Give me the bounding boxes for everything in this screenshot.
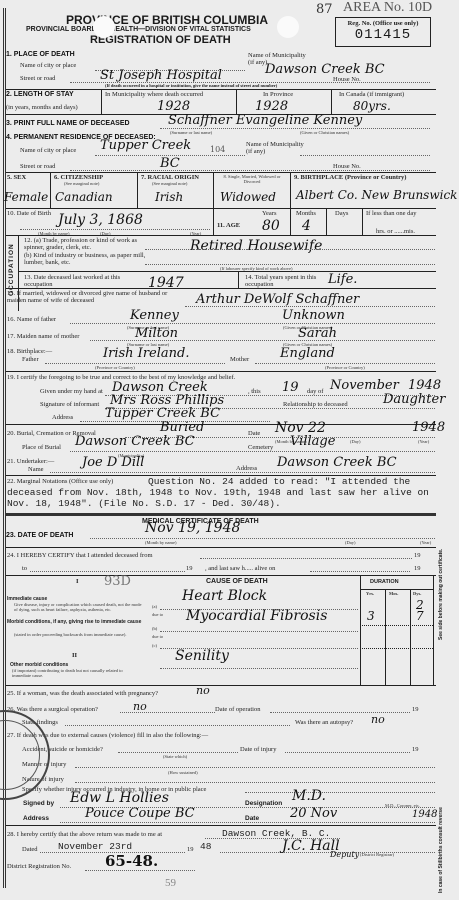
undertaker-address-value: Dawson Creek BC <box>277 455 397 470</box>
undertaker-name-label: Name <box>28 466 44 473</box>
full-name-label: 3. PRINT FULL NAME OF DECEASED <box>6 120 130 127</box>
side-note-bottom: In case of Stillbirths consult reverse <box>438 807 444 893</box>
given-name-hint: (Given or Christian names) <box>300 130 349 135</box>
section-one-label: I <box>76 578 79 585</box>
col-province: In Province <box>263 91 293 98</box>
pencil-note: 104 <box>210 145 225 154</box>
father-bp-value: Irish Ireland. <box>103 346 189 361</box>
registrar-year-value: 48 <box>200 841 211 852</box>
date-of-death-value: Nov 19, 1948 <box>145 520 240 536</box>
undertaker-value: Joe D Dill <box>82 455 144 470</box>
place-street-value: St Joseph Hospital <box>100 68 222 83</box>
residence-street-label: Street or road <box>20 163 55 170</box>
mother-surname-value: Milton <box>135 326 178 341</box>
reg-no-value: 011415 <box>336 27 430 43</box>
cause-a-value: Heart Block <box>182 588 267 604</box>
father-bp-hint: (Province or Country) <box>95 365 135 370</box>
q25-label: 25. If a woman, was the death associated… <box>7 690 158 697</box>
cemetery-value: Village <box>290 434 335 449</box>
mother-bp-hint: (Province or Country) <box>325 365 365 370</box>
burial-place-value: Dawson Creek BC <box>75 434 195 449</box>
death-registration-document: 87 AREA No. 10D PROVINCE OF BRITISH COLU… <box>0 0 459 900</box>
last-worked-label: 13. Date deceased last worked at this oc… <box>24 274 124 288</box>
signer-address-value: Pouce Coupe BC <box>85 806 195 821</box>
city-label: Name of city or place <box>20 62 76 69</box>
age-months-value: 4 <box>302 218 311 234</box>
dod-day-hint: (Day) <box>345 540 356 545</box>
citizenship-hint: (See marginal note) <box>64 181 99 186</box>
sex-value: Female <box>4 190 48 204</box>
age-hrs-label: hrs. or ......mis. <box>376 228 415 235</box>
year-value: 1948 <box>408 378 441 393</box>
yrs-label: Yrs. <box>366 591 374 596</box>
length-sub-label: (in years, months and days) <box>6 104 78 111</box>
marital-label: 8. Single, Married, Widowed or Divorced <box>216 174 288 184</box>
nineteen-3: 19 <box>414 565 421 572</box>
surname-hint: (Surname or last name) <box>170 130 212 135</box>
spouse-label: 15. If married, widowed or divorced give… <box>7 290 187 304</box>
dod-month-hint: (Month by name) <box>145 540 177 545</box>
dod-year-hint: (Year) <box>420 540 431 545</box>
racial-origin-hint: (See marginal note) <box>152 181 187 186</box>
burial-year-hint: (Year) <box>418 439 429 444</box>
q25-value: no <box>196 684 210 697</box>
cause-b-years: 3 <box>367 609 375 623</box>
dob-value: July 3, 1868 <box>58 212 143 228</box>
birthplace-parents-label: 18. Birthplace:— <box>7 348 52 355</box>
cause-c-label: (c) <box>152 643 157 648</box>
immediate-cause-desc: Give disease, injury or complication whi… <box>14 602 144 612</box>
designation-value: M.D. <box>292 788 326 804</box>
stay-canada-value: 80yrs. <box>353 99 391 113</box>
marital-value: Widowed <box>220 190 276 204</box>
age-days-label: Days <box>335 210 348 217</box>
industry-label: (b) Kind of industry or business, as pap… <box>24 252 149 266</box>
cause-b-value: Myocardial Fibrosis <box>186 608 327 624</box>
section-two-label: II <box>72 652 77 659</box>
informant-address-label: Address <box>52 414 73 421</box>
racial-origin-label: 7. RACIAL ORIGIN <box>141 174 199 181</box>
cemetery-label: Cemetery <box>248 444 273 451</box>
stay-municipality-value: 1928 <box>157 99 190 114</box>
pencil-number: 87 <box>316 2 333 17</box>
punch-hole-right <box>277 16 299 38</box>
pencil-cause-code: 93D <box>104 574 131 589</box>
signed-by-value: Edw L Hollies <box>70 790 169 806</box>
morbid-title: Morbid conditions, if any, giving rise t… <box>7 620 142 626</box>
signed-by-label: Signed by <box>23 800 54 807</box>
col-canada: In Canada (if immigrant) <box>339 91 404 98</box>
informant-label: Signature of informant <box>40 401 99 408</box>
age-years-label: Years <box>262 210 277 217</box>
signature-date-value: 20 Nov <box>290 806 337 821</box>
autopsy-label: Was there an autopsy? <box>295 719 353 726</box>
residence-street-value: BC <box>160 156 180 171</box>
total-years-value: Life. <box>328 272 357 287</box>
day-of-label: day of <box>307 388 323 395</box>
return-label: 28. I hereby certify that the above retu… <box>7 831 162 838</box>
state-which-hint: (State which) <box>163 754 187 759</box>
due-to-2: due to <box>152 634 163 639</box>
marginal-label: 22. Marginal Notations (Office use only) <box>7 478 113 485</box>
board-title: PROVINCIAL BOARD OF HEALTH—DIVISION OF V… <box>26 26 251 33</box>
mother-name-label: 17. Maiden name of mother <box>7 333 79 340</box>
relationship-label: Relationship to deceased <box>283 401 348 408</box>
cause-of-death-title: CAUSE OF DEATH <box>206 578 268 585</box>
stay-province-value: 1928 <box>255 99 288 114</box>
cause-b-days: 7 <box>416 609 424 623</box>
marginal-line-1: Question No. 24 added to read: "I attend… <box>148 476 410 487</box>
residence-city-label: Name of city or place <box>20 147 76 154</box>
mother-given-value: Sarah <box>298 326 337 341</box>
given-hand-label: Given under my hand at <box>40 388 103 395</box>
residence-city-value: Tupper Creek <box>100 138 191 153</box>
father-bp-label: Father <box>22 356 39 363</box>
trade-label: 12. (a) Trade, profession or kind of wor… <box>24 237 149 251</box>
registrar-year-prefix: 19 <box>187 846 194 853</box>
residence-muni-label: Name of Municipality (if any) <box>246 141 306 155</box>
deceased-name-value: Schaffner Evangeline Kenney <box>168 113 362 128</box>
burial-date-label: Date <box>248 430 260 437</box>
this-label: , this <box>248 388 261 395</box>
district-no-label: District Registration No. <box>7 863 71 870</box>
district-no-value: 65-48. <box>105 852 158 870</box>
other-conditions-desc: (if important) contributing to death but… <box>12 668 142 678</box>
page-number: 59 <box>165 877 176 889</box>
injury-date-label: Date of injury <box>240 746 276 753</box>
nineteen-2: 19 <box>186 565 193 572</box>
place-municipality-value: Dawson Creek BC <box>265 62 385 77</box>
other-conditions-value: Senility <box>175 648 229 664</box>
signature-date-label: Date <box>245 815 259 822</box>
certify-attended-label: 24. I HEREBY CERTIFY that I attended dec… <box>7 552 153 559</box>
mother-bp-label: Mother <box>230 356 249 363</box>
cause-a-label: (a) <box>152 604 157 609</box>
marginal-line-3: Nov. 18, 1948". (File No. S.D. 17 - Ded.… <box>7 498 281 509</box>
burial-value: Buried <box>160 420 204 435</box>
how-sustained-hint: (How sustained) <box>168 770 198 775</box>
registration-number-box: Reg. No. (Office use only) 011415 <box>335 17 431 47</box>
side-note-top: See side before making out certificate. <box>438 549 444 640</box>
area-label: AREA No. 10D <box>343 0 432 16</box>
reg-no-label: Reg. No. (Office use only) <box>336 20 430 27</box>
relationship-value: Daughter <box>383 392 445 407</box>
age-years-value: 80 <box>262 218 280 234</box>
age-months-label: Months <box>296 210 316 217</box>
burial-day-hint: (Day) <box>350 439 361 444</box>
citizenship-label: 6. CITIZENSHIP <box>54 174 103 181</box>
form-title: REGISTRATION OF DEATH <box>90 34 231 46</box>
operation-nineteen: 19 <box>412 706 419 713</box>
father-surname-value: Kenney <box>130 308 179 323</box>
birthplace-value: Albert Co. New Brunswick <box>296 188 457 202</box>
citizenship-value: Canadian <box>55 190 113 204</box>
punch-hole-left <box>93 16 115 38</box>
morbid-desc: (stated in order proceeding backwards fr… <box>14 632 144 637</box>
street-label: Street or road <box>20 75 55 82</box>
birthplace-label: 9. BIRTHPLACE (Province or Country) <box>294 174 406 181</box>
father-given-value: Unknown <box>282 308 345 323</box>
racial-origin-value: Irish <box>155 190 183 204</box>
marginal-line-2: deceased from Nov. 18th, 1948 to Nov. 19… <box>7 487 429 498</box>
date-of-death-label: 23. DATE OF DEATH <box>6 532 73 539</box>
dys-label: Dys. <box>413 591 421 596</box>
age-label: 11. AGE <box>217 222 240 229</box>
dob-label: 10. Date of Birth <box>7 210 51 217</box>
mother-bp-value: England <box>280 346 335 361</box>
day-value: 19 <box>282 380 299 395</box>
age-less-label: If less than one day <box>366 210 417 217</box>
father-name-label: 16. Name of father <box>7 316 56 323</box>
length-of-stay-heading: 2. LENGTH OF STAY <box>6 91 74 98</box>
dated-value: November 23rd <box>58 841 132 852</box>
to-label: to <box>22 565 27 572</box>
hospital-note: (If death occurred in a hospital or inst… <box>105 83 277 88</box>
operation-date-label: Date of operation <box>215 706 260 713</box>
total-years-label: 14. Total years spent in this occupation <box>245 274 335 288</box>
deputy-signature: Deputy <box>330 850 359 859</box>
residence-house-label: House No. <box>333 163 361 170</box>
dated-label: Dated <box>22 846 38 853</box>
signer-address-label: Address <box>23 815 49 822</box>
sex-label: 5. SEX <box>7 174 26 181</box>
last-saw-label: , and last saw h..... alive on <box>205 565 275 572</box>
mos-label: Mos. <box>389 591 398 596</box>
cause-b-label: (b) <box>152 626 157 631</box>
injury-nineteen: 19 <box>412 746 419 753</box>
place-of-death-heading: 1. PLACE OF DEATH <box>6 51 75 58</box>
burial-year-value: 1948 <box>412 420 445 435</box>
signature-year-value: 1948 <box>412 809 437 820</box>
designation-label: Designation <box>245 800 282 807</box>
autopsy-value: no <box>371 713 385 726</box>
district-registrar-hint: (District Registrar) <box>360 852 394 857</box>
spouse-value: Arthur DeWolf Schaffner <box>196 292 359 307</box>
undertaker-label: 21. Undertaker:— <box>7 458 54 465</box>
col-municipality: In Municipality where death occurred <box>105 91 203 98</box>
duration-title: DURATION <box>370 579 399 585</box>
house-no-label: House No. <box>333 76 361 83</box>
due-to-1: due to <box>152 612 163 617</box>
nineteen-1: 19 <box>414 552 421 559</box>
informant-address-value: Tupper Creek BC <box>105 406 220 421</box>
undertaker-address-label: Address <box>236 465 257 472</box>
burial-place-label: Place of Burial <box>22 444 61 451</box>
month-value: November <box>330 378 399 393</box>
trade-value: Retired Housewife <box>190 238 322 254</box>
